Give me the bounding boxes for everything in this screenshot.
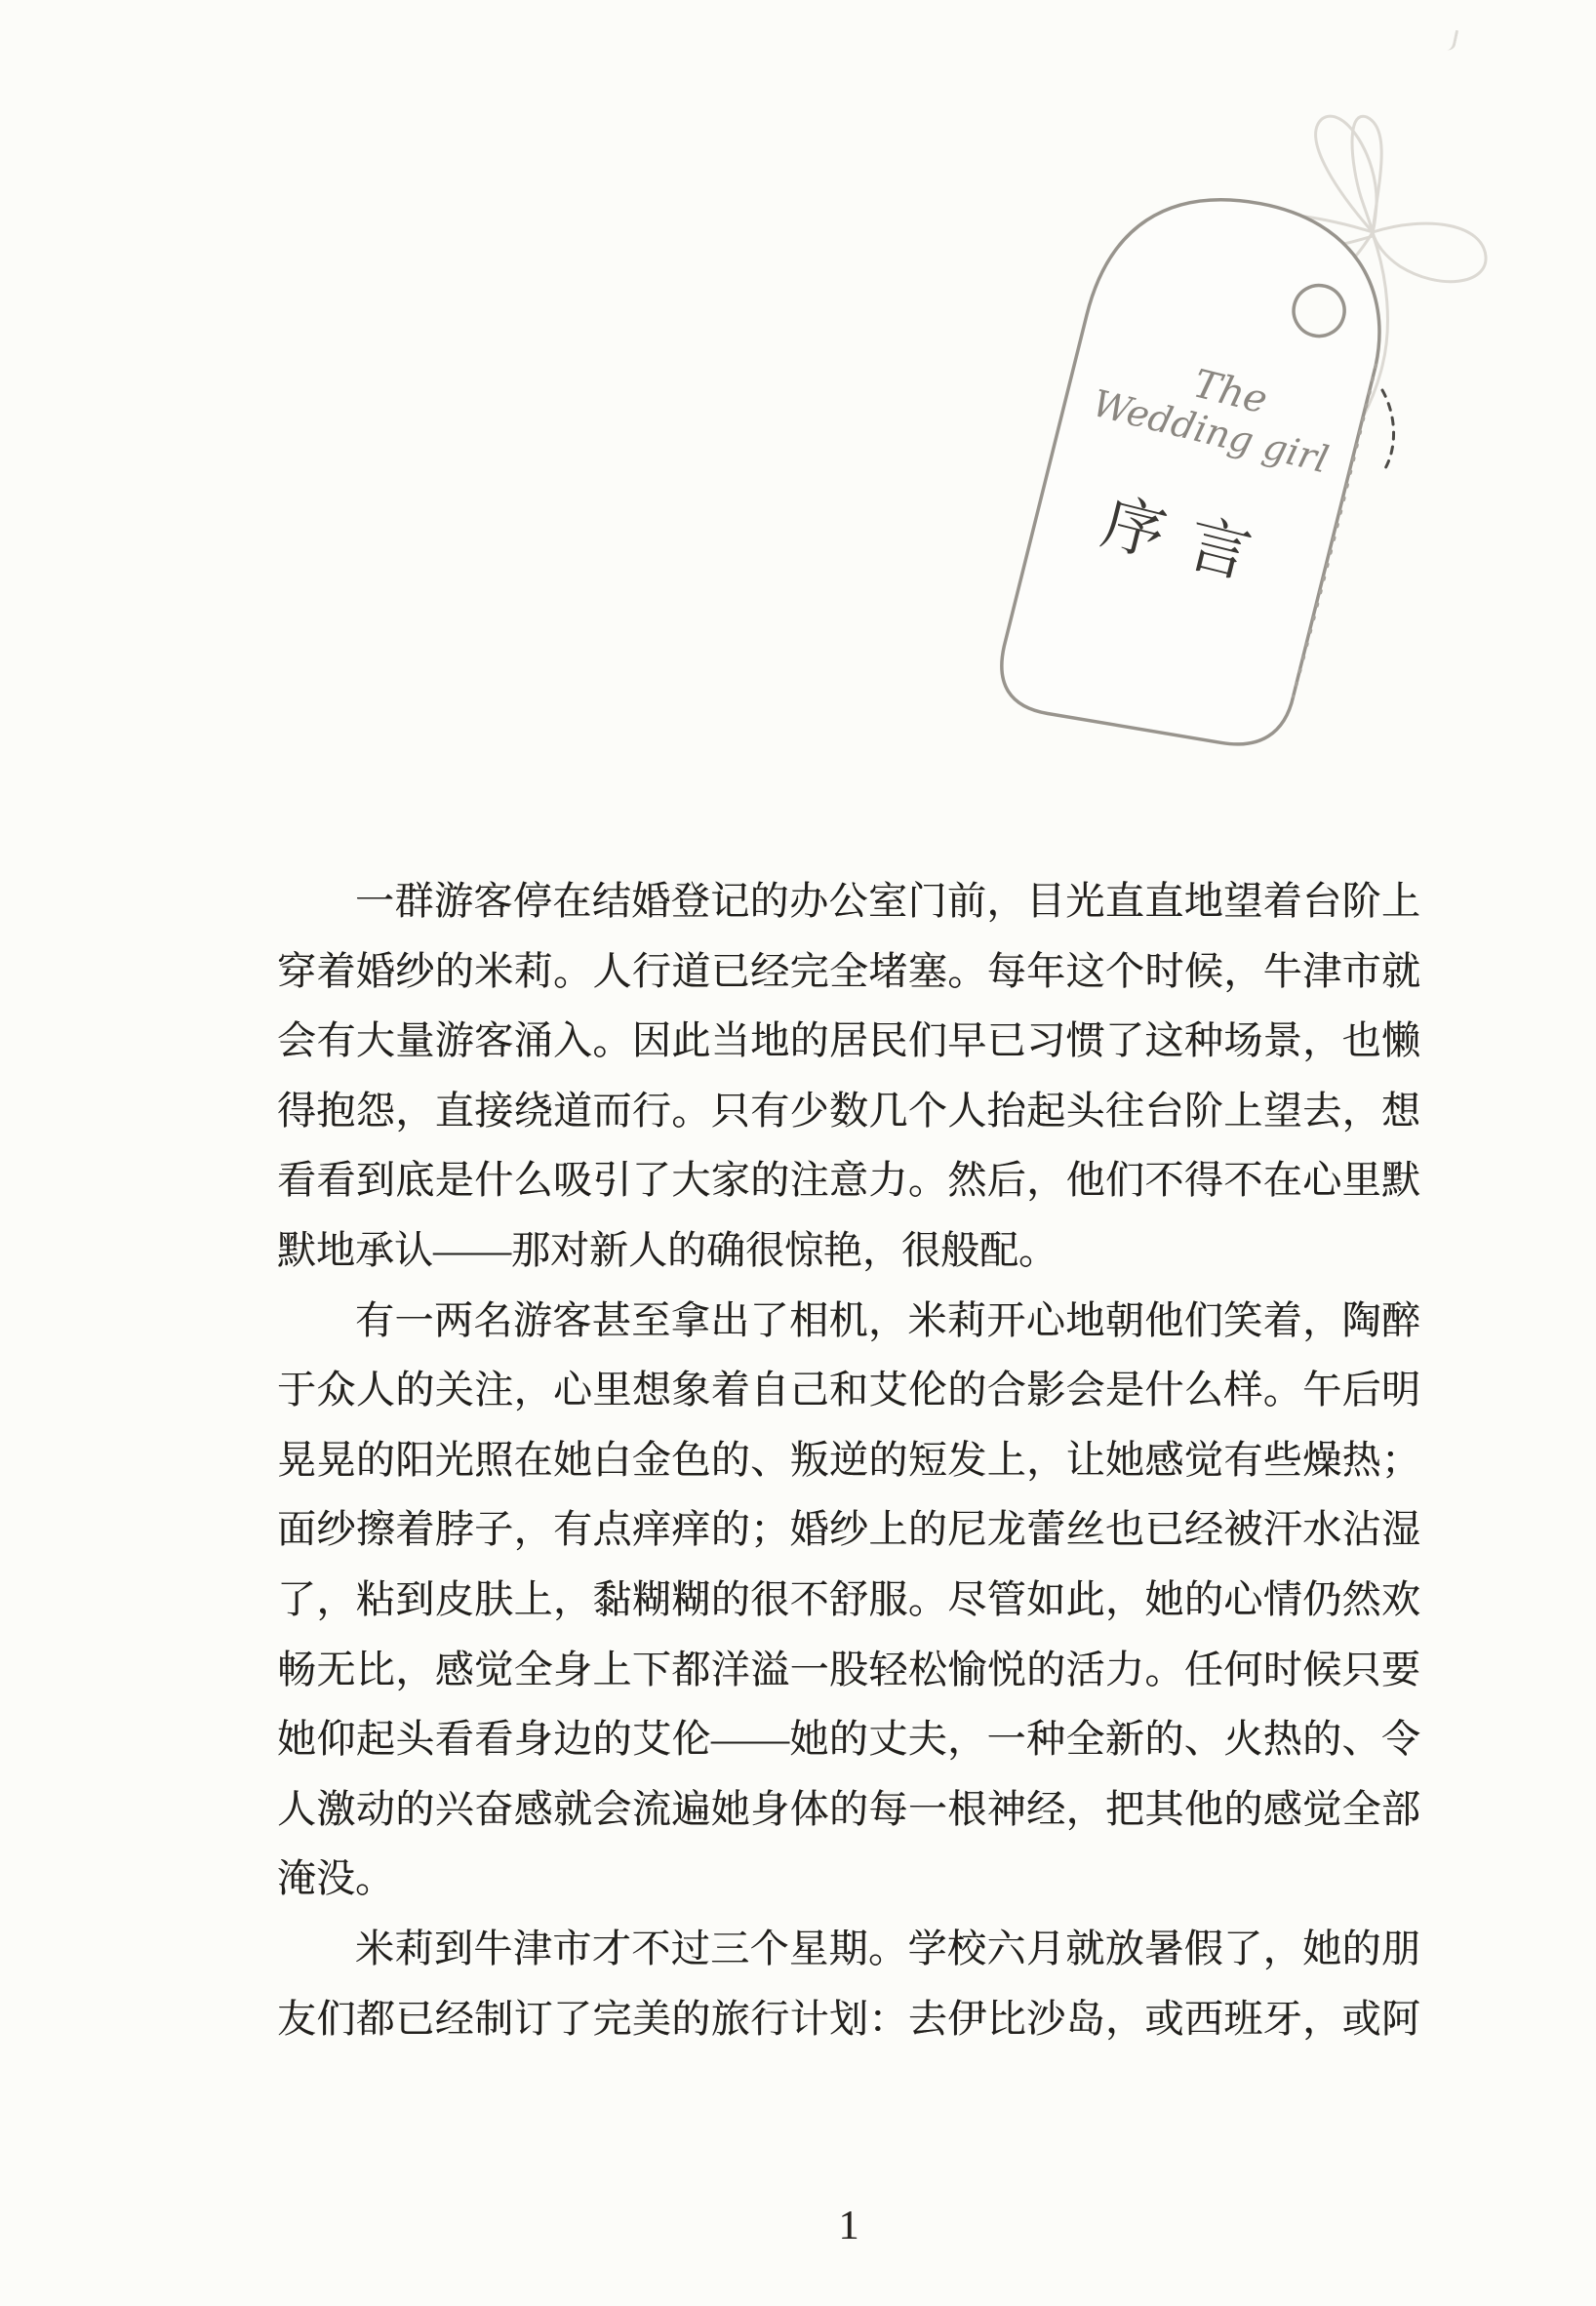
text-line: 一群游客停在结婚登记的办公室门前，目光直直地望着台阶上	[277, 866, 1420, 936]
text-line: 米莉到牛津市才不过三个星期。学校六月就放暑假了，她的朋	[277, 1914, 1420, 1984]
text-line: 友们都已经制订了完美的旅行计划：去伊比沙岛，或西班牙，或阿	[277, 1984, 1420, 2054]
text-line: 穿着婚纱的米莉。人行道已经完全堵塞。每年这个时候，牛津市就	[277, 936, 1420, 1007]
tag-body: The Wedding girl 序言	[991, 169, 1409, 771]
text-line: 得抱怨，直接绕道而行。只有少数几个人抬起头往台阶上望去，想	[277, 1076, 1420, 1146]
text-line: 看看到底是什么吸引了大家的注意力。然后，他们不得不在心里默	[277, 1145, 1420, 1215]
tag-outline	[991, 169, 1408, 771]
text-line: 于众人的关注，心里想象着自己和艾伦的合影会是什么样。午后明	[277, 1355, 1420, 1425]
page-number: 1	[277, 2203, 1420, 2249]
text-line: 人激动的兴奋感就会流遍她身体的每一根神经，把其他的感觉全部	[277, 1774, 1420, 1845]
text-line: 面纱擦着脖子，有点痒痒的；婚纱上的尼龙蕾丝也已经被汗水沾湿	[277, 1494, 1420, 1565]
text-line: 晃晃的阳光照在她白金色的、叛逆的短发上，让她感觉有些燥热；	[277, 1425, 1420, 1495]
text-line: 会有大量游客涌入。因此当地的居民们早已习惯了这种场景，也懒	[277, 1006, 1420, 1076]
text-line: 有一两名游客甚至拿出了相机，米莉开心地朝他们笑着，陶醉	[277, 1286, 1420, 1356]
text-line: 畅无比，感觉全身上下都洋溢一股轻松愉悦的活力。任何时候只要	[277, 1635, 1420, 1705]
scan-artifact-mark	[1444, 28, 1458, 52]
text-line: 了，粘到皮肤上，黏糊糊的很不舒服。尽管如此，她的心情仍然欢	[277, 1565, 1420, 1635]
text-line: 默地承认——那对新人的确很惊艳，很般配。	[277, 1215, 1420, 1286]
scanned-book-page: The Wedding girl 序言 一群游客停在结婚登记的办公室门前，目光直…	[0, 0, 1596, 2306]
string-tail-dark-arc	[1382, 390, 1394, 470]
text-line: 淹没。	[277, 1844, 1420, 1914]
gift-tag-illustration: The Wedding girl 序言	[941, 68, 1507, 888]
text-line: 她仰起头看看身边的艾伦——她的丈夫，一种全新的、火热的、令	[277, 1704, 1420, 1774]
body-text-block: 一群游客停在结婚登记的办公室门前，目光直直地望着台阶上穿着婚纱的米莉。人行道已经…	[277, 866, 1420, 2053]
